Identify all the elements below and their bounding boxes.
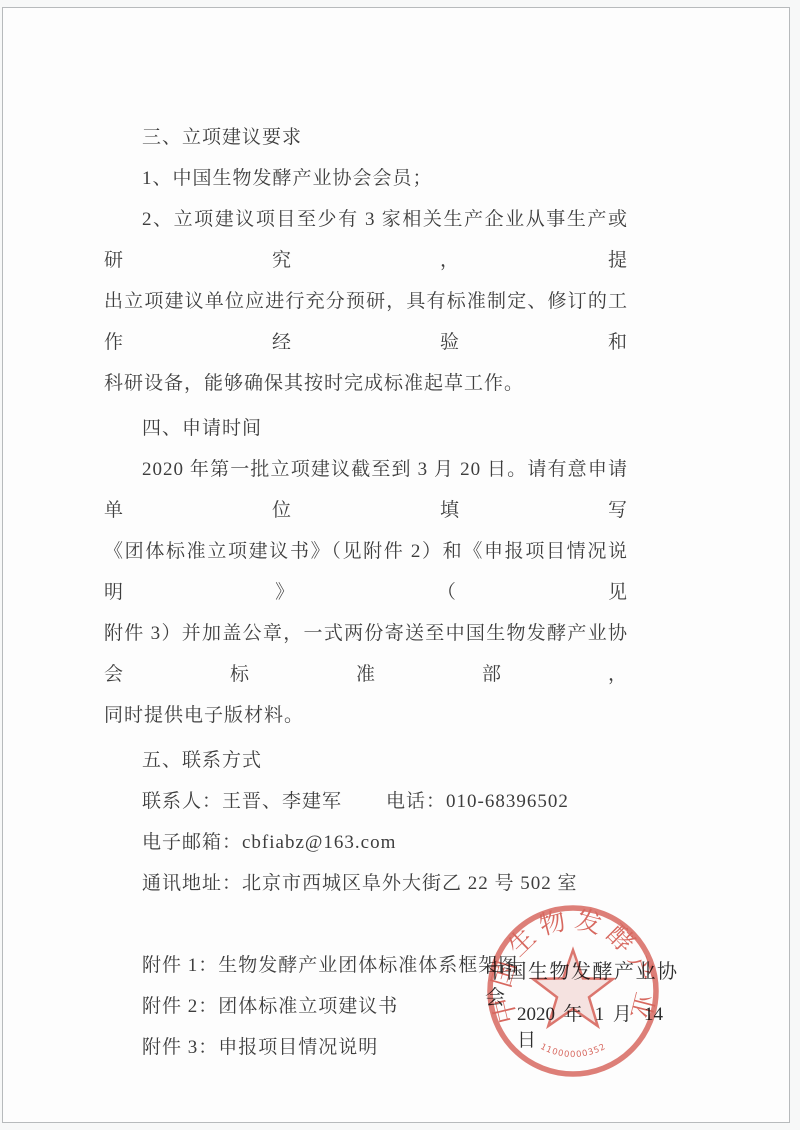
contact-line: 联系人：王晋、李建军电话：010-68396502 bbox=[104, 781, 628, 822]
contact-phone: 电话：010-68396502 bbox=[386, 791, 569, 812]
section-3-item-2: 2、立项建议项目至少有 3 家相关生产企业从事生产或研究，提出立项建议单位应进行… bbox=[104, 199, 628, 404]
section-4-heading: 四、申请时间 bbox=[104, 408, 628, 449]
text-line: 1、中国生物发酵产业协会会员； bbox=[104, 158, 628, 199]
text-line: 科研设备，能够确保其按时完成标准起草工作。 bbox=[104, 363, 628, 404]
section-3-item-1: 1、中国生物发酵产业协会会员； bbox=[104, 158, 628, 199]
contact-address: 通讯地址：北京市西城区阜外大街乙 22 号 502 室 bbox=[104, 863, 628, 904]
text-line: 《团体标准立项建议书》（见附件 2）和《申报项目情况说明》（见 bbox=[104, 531, 628, 613]
contact-person: 联系人：王晋、李建军 bbox=[142, 791, 342, 812]
text-line: 2、立项建议项目至少有 3 家相关生产企业从事生产或研究，提 bbox=[104, 199, 628, 281]
text-line: 同时提供电子版材料。 bbox=[104, 695, 628, 736]
section-3-heading: 三、立项建议要求 bbox=[104, 117, 628, 158]
text-line: 出立项建议单位应进行充分预研，具有标准制定、修订的工作经验和 bbox=[104, 281, 628, 363]
section-5-heading: 五、联系方式 bbox=[104, 740, 628, 781]
text-line: 2020 年第一批立项建议截至到 3 月 20 日。请有意申请单位填写 bbox=[104, 449, 628, 531]
document-page: 三、立项建议要求 1、中国生物发酵产业协会会员； 2、立项建议项目至少有 3 家… bbox=[2, 7, 790, 1123]
contact-email: 电子邮箱：cbfiabz@163.com bbox=[104, 822, 628, 863]
section-4-paragraph: 2020 年第一批立项建议截至到 3 月 20 日。请有意申请单位填写《团体标准… bbox=[104, 449, 628, 736]
text-line: 附件 3）并加盖公章，一式两份寄送至中国生物发酵产业协会标准部， bbox=[104, 613, 628, 695]
seal-star-icon bbox=[533, 950, 613, 1026]
official-seal-stamp: 中国生物发酵产业协会 1100000035223 bbox=[484, 902, 662, 1080]
